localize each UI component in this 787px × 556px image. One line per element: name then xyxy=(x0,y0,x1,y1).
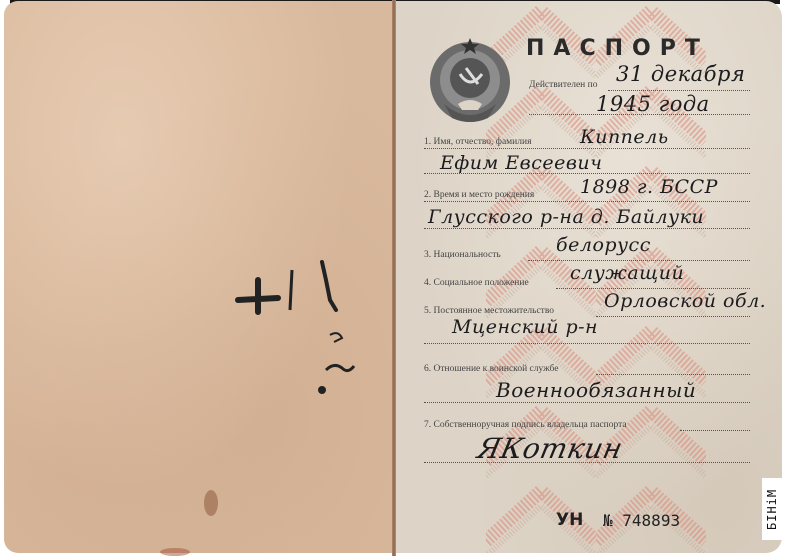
dotted-line xyxy=(424,402,750,403)
field-label-signature: 7. Собственноручная подпись владельца па… xyxy=(424,420,627,430)
left-page-stain xyxy=(204,490,218,516)
valid-until-date: 31 декабря xyxy=(616,62,745,86)
field-value-nationality: белорусс xyxy=(556,234,651,256)
ussr-coat-of-arms-icon xyxy=(426,34,514,126)
field-label-military: 6. Отношение к воинской службе xyxy=(424,364,558,374)
dotted-line xyxy=(424,173,750,174)
passport-title: ПАСПОРТ xyxy=(526,36,709,61)
dotted-line xyxy=(424,343,750,344)
dotted-line xyxy=(424,228,750,229)
field-label-residence: 5. Постоянное местожительство xyxy=(424,306,554,316)
field-value-military: Военнообязанный xyxy=(496,378,696,402)
field-label-birth: 2. Время и место рождения xyxy=(424,190,534,200)
field-label-social-status: 4. Социальное положение xyxy=(424,278,529,288)
dotted-line xyxy=(596,374,750,375)
left-page-ink-marks xyxy=(230,250,370,427)
left-page-stain xyxy=(160,548,190,556)
field-value-surname: Киппель xyxy=(580,126,669,148)
field-value-birth-year: 1898 г. БССР xyxy=(580,176,718,198)
field-value-birth-place: Глусского р-на д. Байлуки xyxy=(428,206,704,228)
field-label-name: 1. Имя, отчество, фамилия xyxy=(424,137,531,147)
owner-signature: ЯКоткин xyxy=(474,432,625,465)
field-value-region: Орловской обл. xyxy=(604,290,766,312)
field-value-district: Мценский р-н xyxy=(452,316,598,338)
ink-marks-icon xyxy=(230,250,370,420)
dotted-line xyxy=(608,90,750,91)
passport-series: УН xyxy=(556,510,583,530)
dotted-line xyxy=(424,148,750,149)
dotted-line xyxy=(424,462,750,463)
field-value-social-status: служащий xyxy=(570,262,684,284)
passport-number: № 748893 xyxy=(603,511,680,530)
dotted-line xyxy=(556,288,750,289)
dotted-line xyxy=(680,430,750,431)
field-value-given-names: Ефим Евсеевич xyxy=(440,152,602,174)
valid-until-year: 1945 года xyxy=(596,92,710,116)
source-watermark: БІНіМ xyxy=(762,478,782,540)
valid-until-label: Действителен по xyxy=(529,80,597,90)
dotted-line xyxy=(424,201,750,202)
field-label-nationality: 3. Национальность xyxy=(424,250,501,260)
dotted-line xyxy=(528,260,750,261)
dotted-line xyxy=(596,316,750,317)
